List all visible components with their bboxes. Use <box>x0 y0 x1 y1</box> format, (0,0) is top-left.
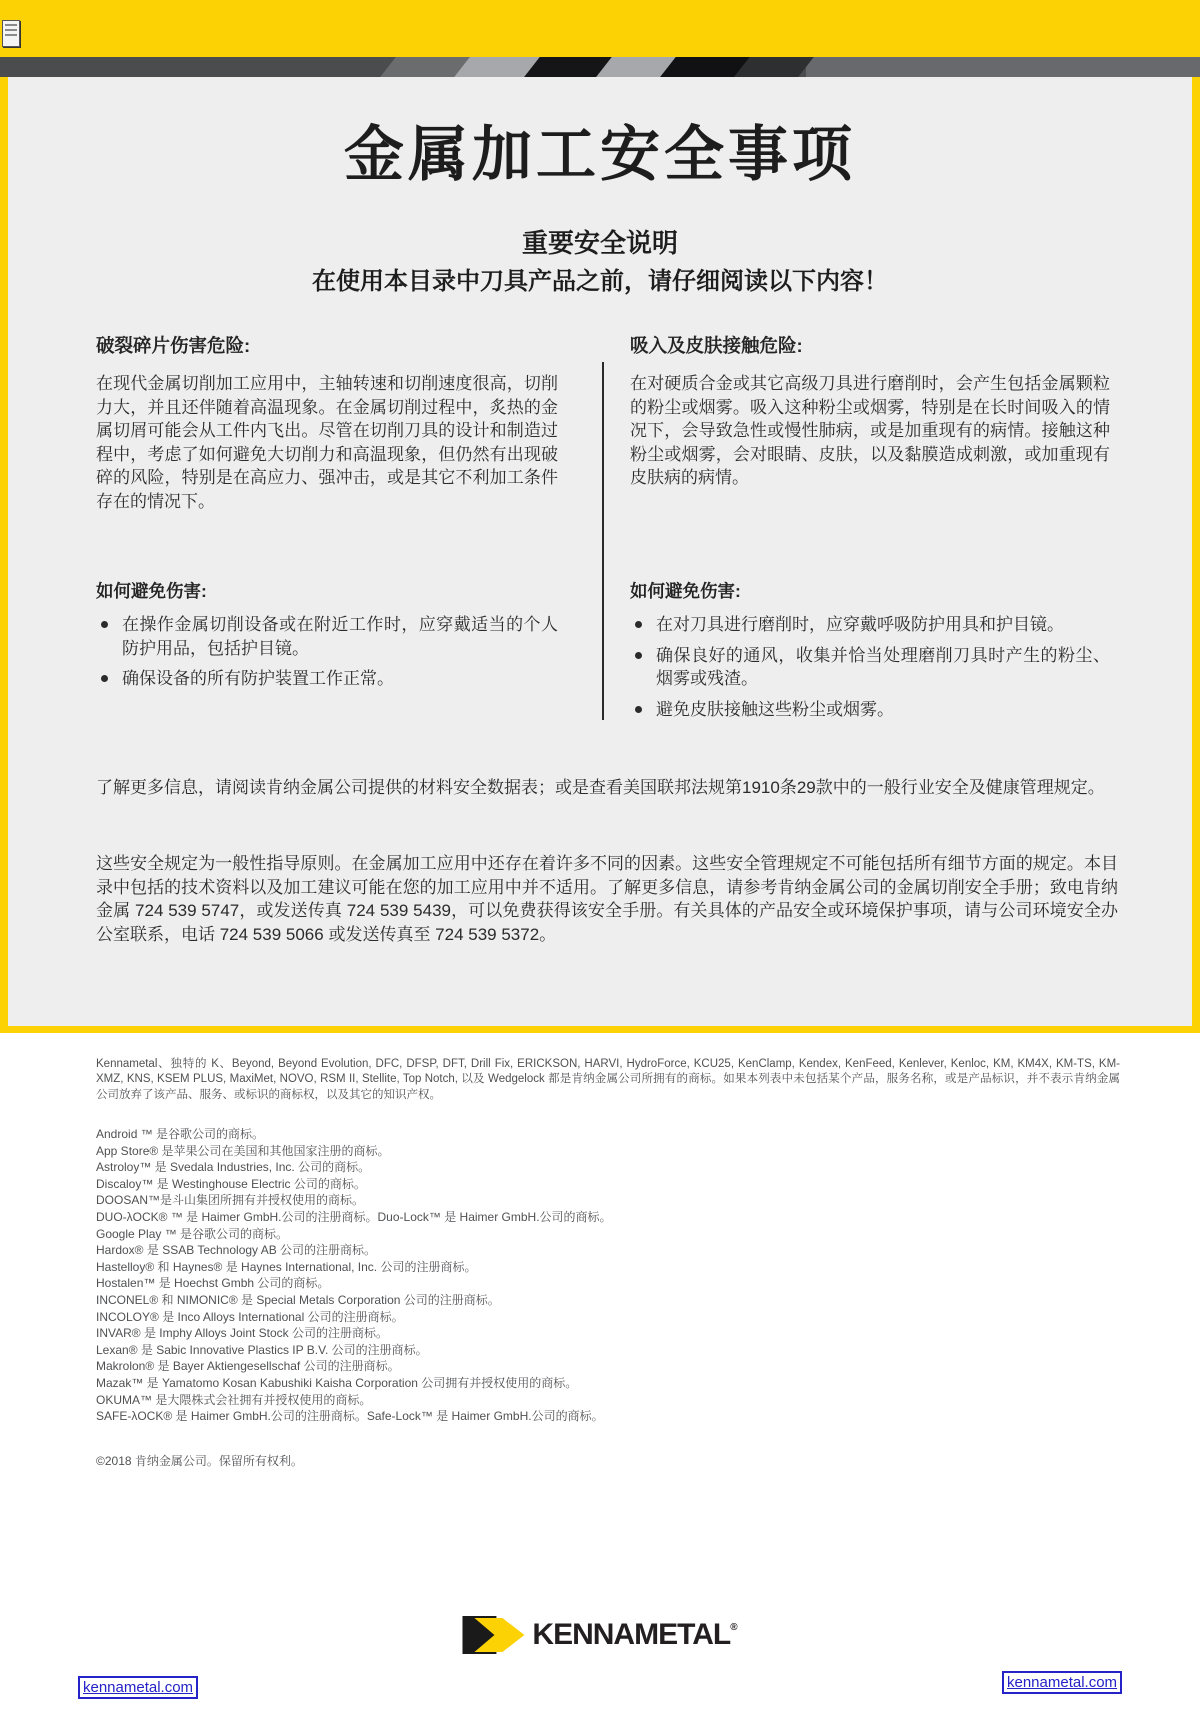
trademark-list: Android ™ 是谷歌公司的商标。 App Store® 是苹果公司在美国和… <box>96 1126 1126 1425</box>
trademark-line: DUO-λOCK® ™ 是 Haimer GmbH.公司的注册商标。Duo-Lo… <box>96 1209 1126 1226</box>
copyright-line: ©2018 肯纳金属公司。保留所有权利。 <box>96 1452 303 1469</box>
trademark-line: Lexan® 是 Sabic Innovative Plastics IP B.… <box>96 1342 1126 1359</box>
section-inhalation-hazard: 吸入及皮肤接触危险: 在对硬质合金或其它高级刀具进行磨削时，会产生包括金属颗粒的… <box>630 332 1110 490</box>
trademark-line: Discaloy™ 是 Westinghouse Electric 公司的商标。 <box>96 1176 1126 1193</box>
trademark-line: Hastelloy® 和 Haynes® 是 Haynes Internatio… <box>96 1259 1126 1276</box>
note-msds: 了解更多信息，请阅读肯纳金属公司提供的材料安全数据表；或是查看美国联邦法规第19… <box>96 776 1118 800</box>
kennametal-link-left[interactable]: kennametal.com <box>78 1676 198 1699</box>
bullet-dot <box>101 675 108 682</box>
note-general-guidelines: 这些安全规定为一般性指导原则。在金属加工应用中还存在着许多不同的因素。这些安全管… <box>96 852 1118 946</box>
how-to-avoid-block: 如何避免伤害: 在对刀具进行磨削时，应穿戴呼吸防护用具和护目镜。 确保良好的通风… <box>630 578 1110 728</box>
list-item: 确保良好的通风，收集并恰当处理磨削刀具时产生的粉尘、烟雾或残渣。 <box>630 644 1110 691</box>
trademark-intro: Kennametal、独特的 K、Beyond, Beyond Evolutio… <box>96 1057 1120 1103</box>
section-fragmentation-hazard: 破裂碎片伤害危险: 在现代金属切削加工应用中，主轴转速和切削速度很高，切削力大，… <box>96 332 558 513</box>
trademark-line: Mazak™ 是 Yamatomo Kosan Kabushiki Kaisha… <box>96 1375 1126 1392</box>
kennametal-logomark-icon <box>462 1615 526 1655</box>
list-item-text: 避免皮肤接触这些粉尘或烟雾。 <box>656 700 894 719</box>
column-divider <box>602 362 604 720</box>
list-item-text: 确保良好的通风，收集并恰当处理磨削刀具时产生的粉尘、烟雾或残渣。 <box>656 646 1110 689</box>
trademark-line: DOOSAN™是斗山集团所拥有并授权使用的商标。 <box>96 1192 1126 1209</box>
stripe-segment <box>806 57 1200 77</box>
how-heading: 如何避免伤害: <box>96 578 558 603</box>
list-item: 确保设备的所有防护装置工作正常。 <box>96 667 558 691</box>
section-heading: 破裂碎片伤害危险: <box>96 332 558 358</box>
how-heading: 如何避免伤害: <box>630 578 1110 603</box>
list-item: 在操作金属切削设备或在附近工作时，应穿戴适当的个人防护用品，包括护目镜。 <box>96 613 558 660</box>
section-body: 在对硬质合金或其它高级刀具进行磨削时，会产生包括金属颗粒的粉尘或烟雾。吸入这种粉… <box>630 372 1110 490</box>
list-item-text: 在对刀具进行磨削时，应穿戴呼吸防护用具和护目镜。 <box>656 615 1064 634</box>
trademark-line: INCONEL® 和 NIMONIC® 是 Special Metals Cor… <box>96 1292 1126 1309</box>
list-item: 在对刀具进行磨削时，应穿戴呼吸防护用具和护目镜。 <box>630 613 1110 637</box>
kennametal-link-right[interactable]: kennametal.com <box>1002 1671 1122 1694</box>
trademark-line: Android ™ 是谷歌公司的商标。 <box>96 1126 1126 1143</box>
trademark-line: INVAR® 是 Imphy Alloys Joint Stock 公司的注册商… <box>96 1325 1126 1342</box>
subtitle-secondary: 在使用本目录中刀具产品之前，请仔细阅读以下内容！ <box>8 261 1192 296</box>
kennametal-logo: KENNAMETAL® <box>462 1615 737 1655</box>
section-heading: 吸入及皮肤接触危险: <box>630 332 1110 358</box>
content-panel: 金属加工安全事项 重要安全说明 在使用本目录中刀具产品之前，请仔细阅读以下内容！… <box>8 77 1192 1026</box>
trademark-line: Makrolon® 是 Bayer Aktiengesellschaf 公司的注… <box>96 1358 1126 1375</box>
how-to-avoid-block: 如何避免伤害: 在操作金属切削设备或在附近工作时，应穿戴适当的个人防护用品，包括… <box>96 578 558 698</box>
bullet-dot <box>101 621 108 628</box>
trademark-line: OKUMA™ 是大隈株式会社拥有并授权使用的商标。 <box>96 1392 1126 1409</box>
trademark-line: Hardox® 是 SSAB Technology AB 公司的注册商标。 <box>96 1242 1126 1259</box>
page-title: 金属加工安全事项 <box>8 107 1192 193</box>
registered-mark: ® <box>730 1622 737 1633</box>
list-item-text: 确保设备的所有防护装置工作正常。 <box>122 669 394 688</box>
note-annotation-icon[interactable] <box>2 20 20 47</box>
bullet-dot <box>635 652 642 659</box>
bullet-dot <box>635 621 642 628</box>
hazard-stripe <box>0 57 1200 77</box>
safety-page: 金属加工安全事项 重要安全说明 在使用本目录中刀具产品之前，请仔细阅读以下内容！… <box>0 0 1200 1724</box>
trademark-line: Hostalen™ 是 Hoechst Gmbh 公司的商标。 <box>96 1275 1126 1292</box>
trademark-line: Google Play ™ 是谷歌公司的商标。 <box>96 1226 1126 1243</box>
list-item: 避免皮肤接触这些粉尘或烟雾。 <box>630 698 1110 722</box>
trademark-line: Astroloy™ 是 Svedala Industries, Inc. 公司的… <box>96 1159 1126 1176</box>
list-item-text: 在操作金属切削设备或在附近工作时，应穿戴适当的个人防护用品，包括护目镜。 <box>122 615 558 658</box>
trademark-line: SAFE-λOCK® 是 Haimer GmbH.公司的注册商标。Safe-Lo… <box>96 1408 1126 1425</box>
kennametal-wordmark: KENNAMETAL® <box>532 1618 737 1652</box>
section-body: 在现代金属切削加工应用中，主轴转速和切削速度很高，切削力大，并且还伴随着高温现象… <box>96 372 558 513</box>
trademark-line: INCOLOY® 是 Inco Alloys International 公司的… <box>96 1309 1126 1326</box>
subtitle-primary: 重要安全说明 <box>8 223 1192 260</box>
trademark-line: App Store® 是苹果公司在美国和其他国家注册的商标。 <box>96 1143 1126 1160</box>
bullet-dot <box>635 706 642 713</box>
